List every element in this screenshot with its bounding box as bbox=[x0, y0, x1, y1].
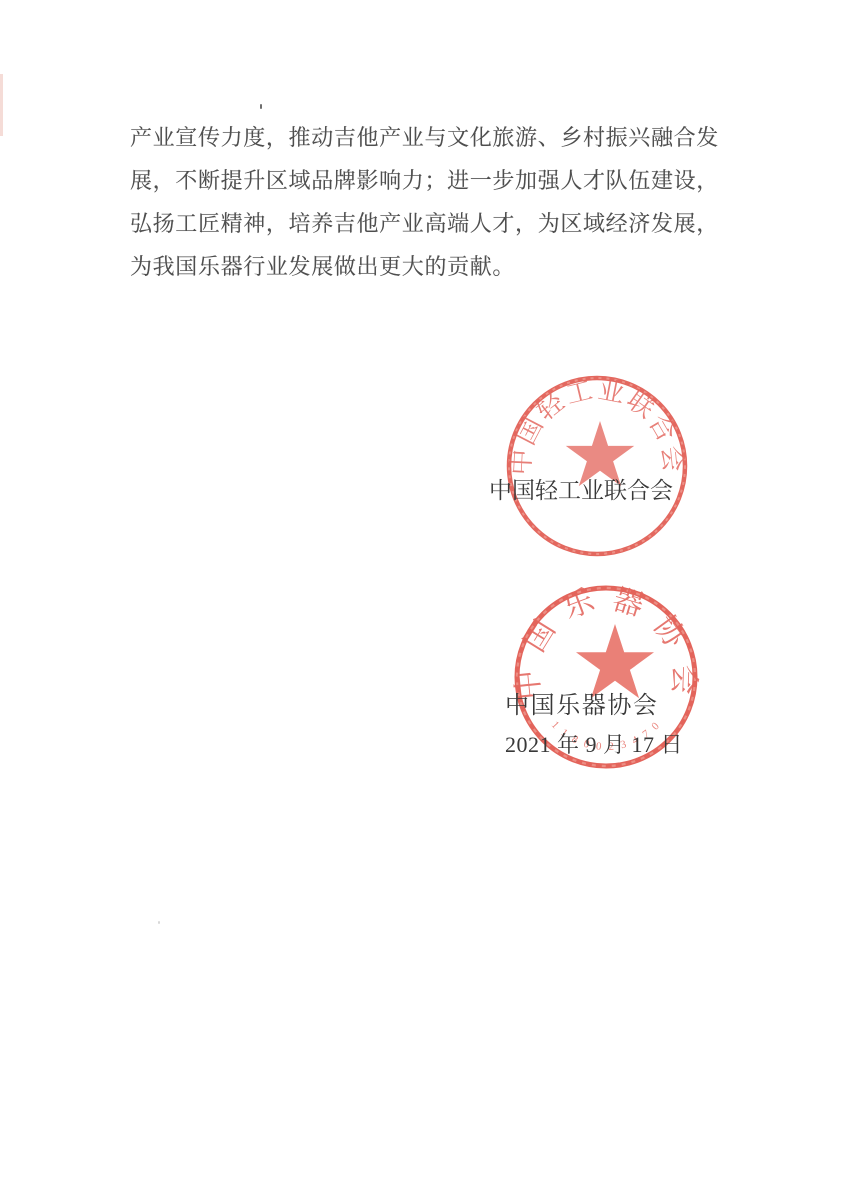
date-line: 2021 年 9 月 17 日 bbox=[505, 728, 683, 759]
letter-body: 产业宣传力度，推动吉他产业与文化旅游、乡村振兴融合发 展，不断提升区域品牌影响力… bbox=[130, 116, 722, 288]
document-page: 产业宣传力度，推动吉他产业与文化旅游、乡村振兴融合发 展，不断提升区域品牌影响力… bbox=[0, 0, 848, 1200]
official-seal-light-industry-council: 中国轻工业联合会 bbox=[503, 372, 695, 562]
scan-edge-artifact bbox=[0, 74, 3, 136]
body-line-3: 弘扬工匠精神，培养吉他产业高端人才，为区域经济发展， bbox=[130, 202, 722, 245]
body-line-2: 展，不断提升区域品牌影响力；进一步加强人才队伍建设， bbox=[130, 159, 722, 202]
scan-speck bbox=[158, 921, 160, 924]
body-line-4: 为我国乐器行业发展做出更大的贡献。 bbox=[130, 245, 722, 288]
signatory-name-light-industry-council: 中国轻工业联合会 bbox=[489, 472, 673, 505]
signatory-name-musical-instruments-association: 中国乐器协会 bbox=[505, 685, 659, 720]
scan-speck bbox=[260, 104, 262, 109]
body-line-1: 产业宣传力度，推动吉他产业与文化旅游、乡村振兴融合发 bbox=[130, 116, 722, 159]
